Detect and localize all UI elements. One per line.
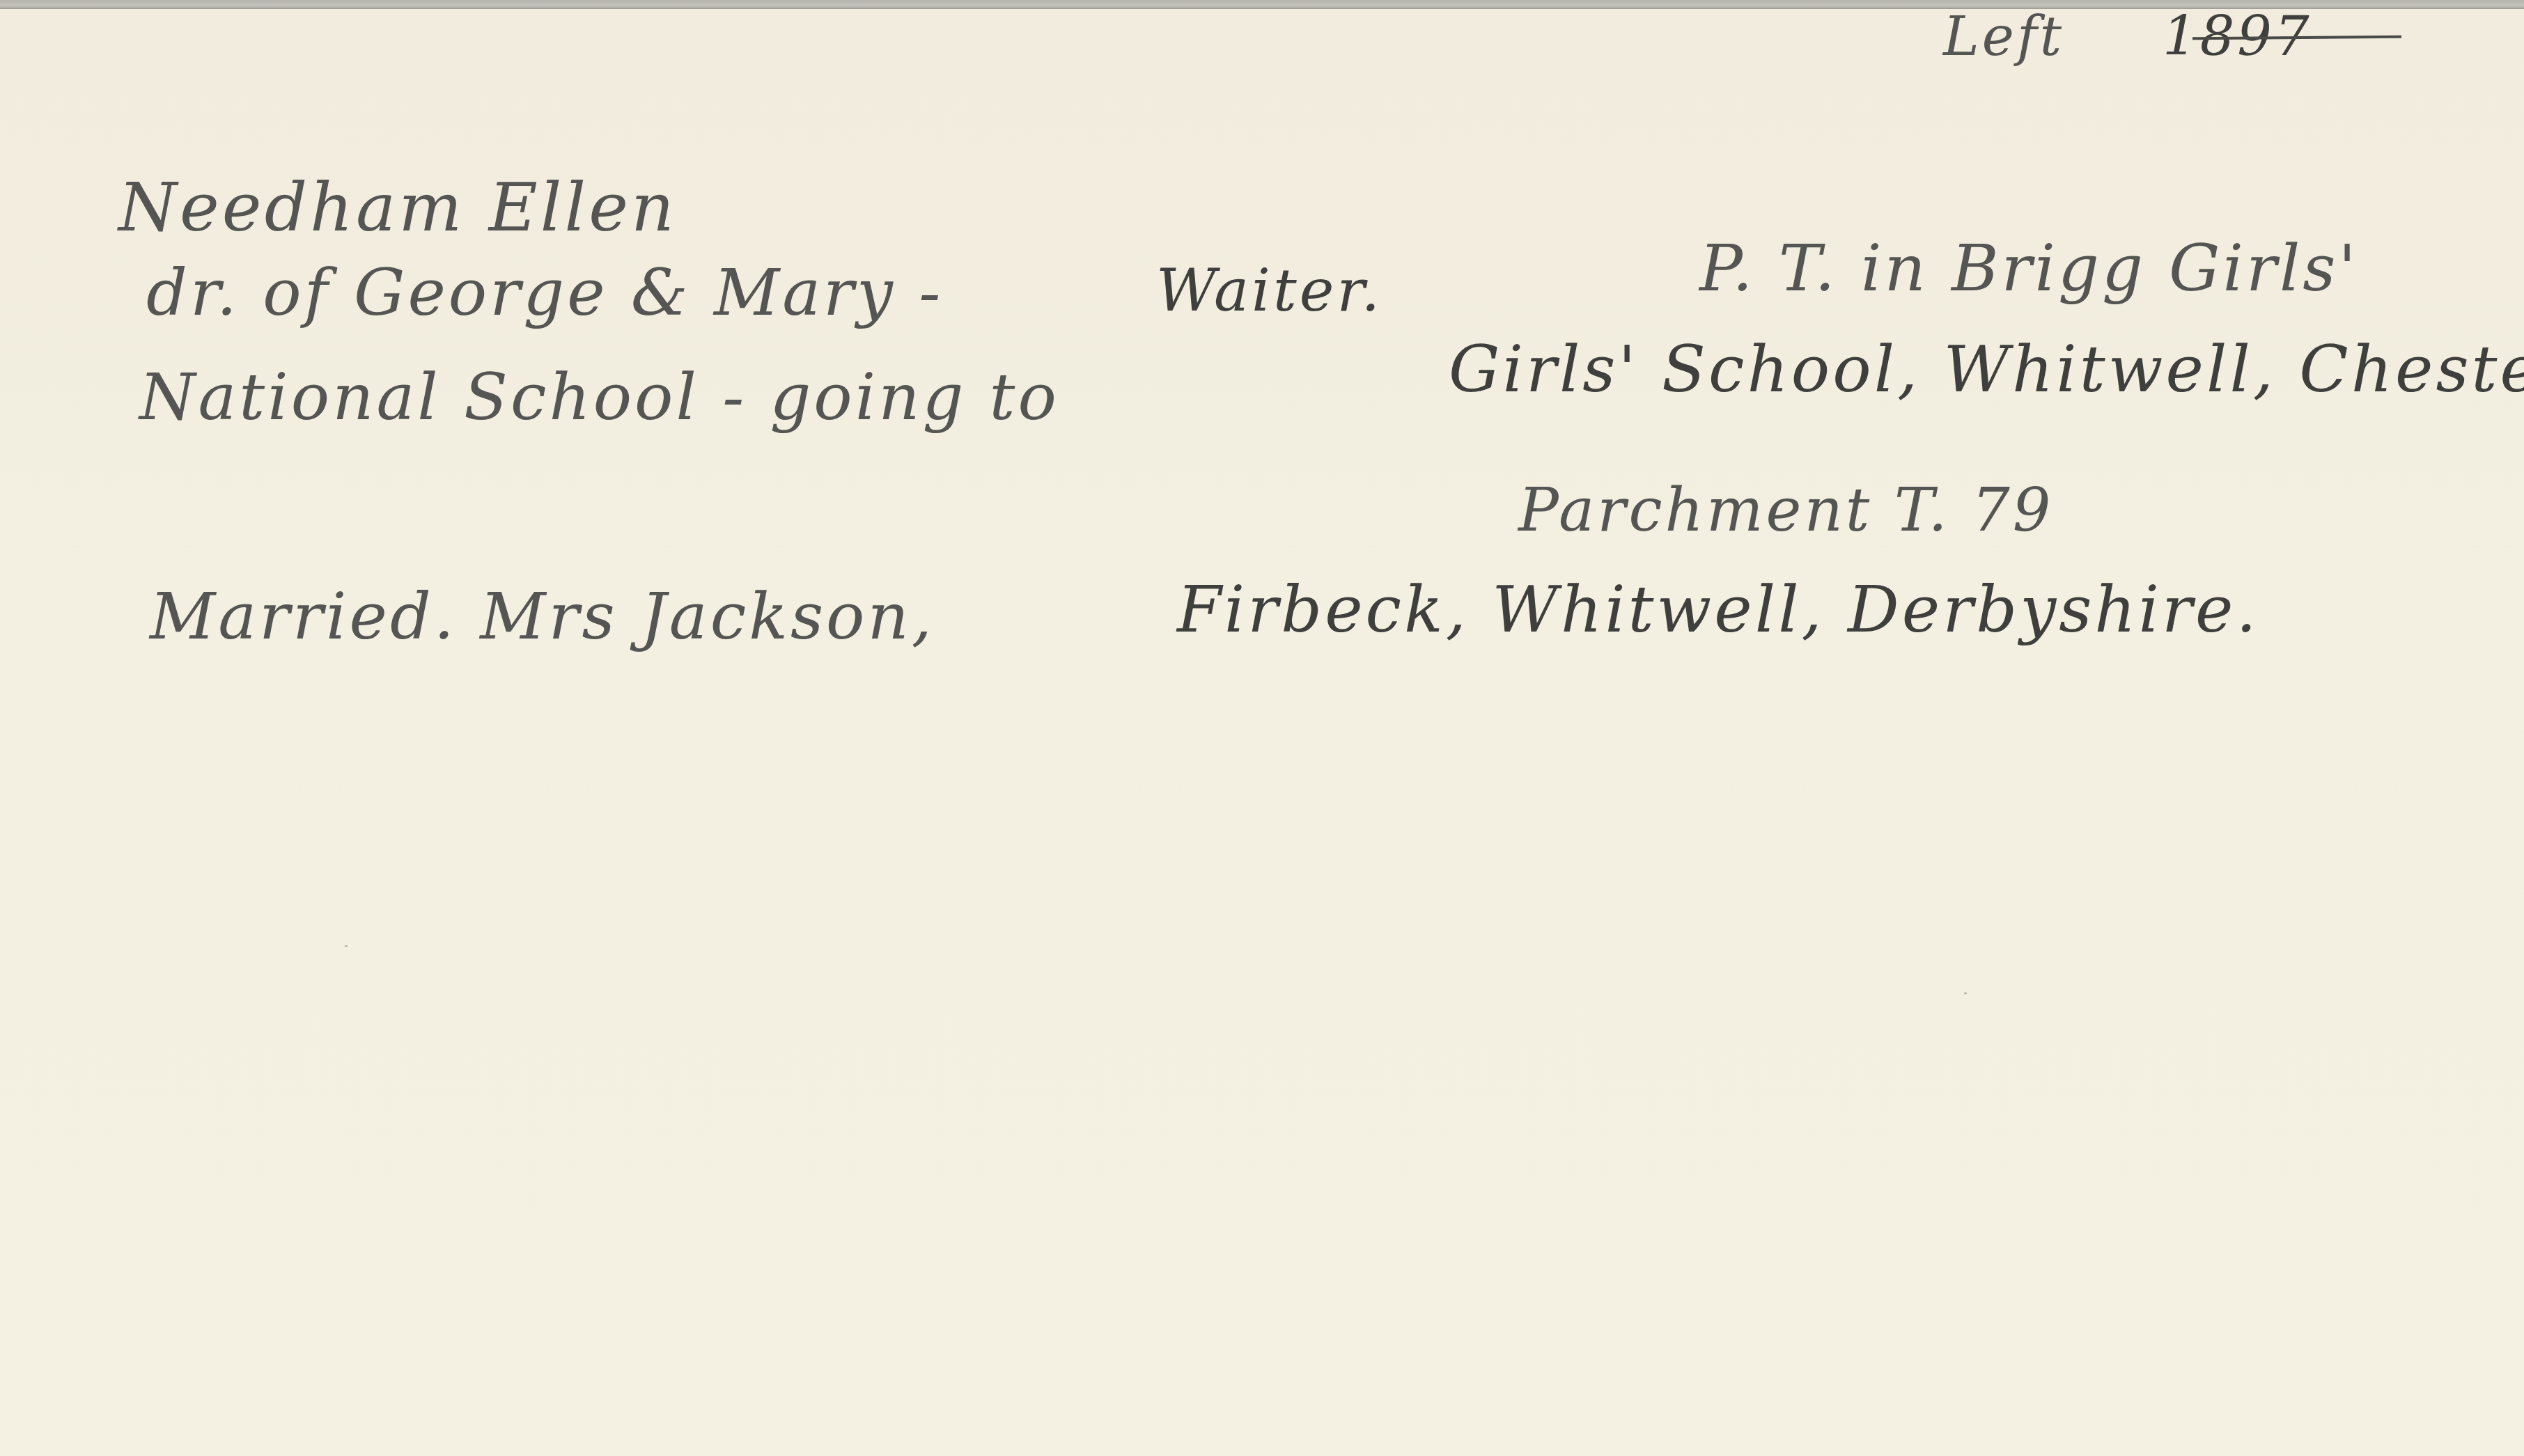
school-text: National School - going to (139, 366, 1059, 430)
destination-text: Girls' School, Whitwell, Chesterfield (1449, 338, 2524, 402)
address-text: Firbeck, Whitwell, Derbyshire. (1177, 578, 2259, 642)
left-label: Left (1943, 10, 2064, 64)
record-name: Needham Ellen (118, 174, 677, 241)
paper-speck (345, 945, 348, 947)
married-text: Married. Mrs Jackson, (150, 585, 935, 649)
pupil-teacher-text: P. T. in Brigg Girls' (1699, 237, 2359, 301)
record-card: Left 1897 Needham Ellen dr. of George & … (0, 0, 2524, 1456)
card-top-edge (0, 0, 2524, 9)
paper-speck (1964, 992, 1967, 994)
parentage-text: dr. of George & Mary - (146, 261, 943, 325)
occupation-text: Waiter. (1156, 261, 1382, 320)
parchment-text: Parchment T. 79 (1518, 480, 2054, 540)
